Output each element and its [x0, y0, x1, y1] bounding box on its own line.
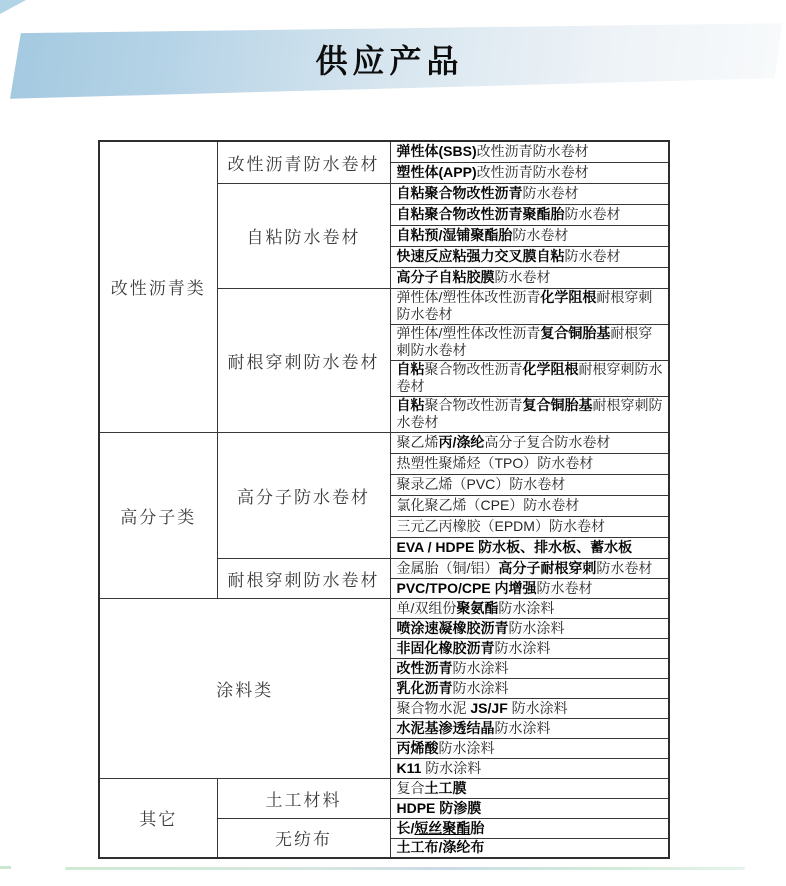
product-cell: 水泥基渗透结晶防水涂料	[390, 718, 669, 738]
product-cell: 长/短丝聚酯胎	[390, 818, 669, 838]
product-cell: 聚乙烯丙/涤纶高分子复合防水卷材	[390, 432, 669, 453]
product-cell: 氯化聚乙烯（CPE）防水卷材	[390, 495, 669, 516]
group-cell-root-puncture-membrane: 耐根穿刺防水卷材	[217, 288, 390, 432]
page: { "banner": { "title": "供应产品", "gradient…	[0, 0, 786, 886]
corner-wedge-decoration	[0, 0, 26, 14]
product-cell: 自粘聚合物改性沥青防水卷材	[390, 183, 669, 204]
group-cell-modified-asphalt-membrane: 改性沥青防水卷材	[217, 141, 390, 183]
group-cell-geomaterials: 土工材料	[217, 778, 390, 818]
product-cell: 弹性体(SBS)改性沥青防水卷材	[390, 141, 669, 162]
group-cell-polymer-root-puncture: 耐根穿刺防水卷材	[217, 558, 390, 598]
products-table: 改性沥青类 改性沥青防水卷材 弹性体(SBS)改性沥青防水卷材 塑性体(APP)…	[98, 140, 670, 859]
product-cell: 金属胎（铜/铝）高分子耐根穿刺防水卷材	[390, 558, 669, 578]
product-cell: 聚合物水泥 JS/JF 防水涂料	[390, 698, 669, 718]
product-cell: 高分子自粘胶膜防水卷材	[390, 267, 669, 288]
product-cell: 土工布/涤纶布	[390, 838, 669, 858]
footer-divider-stub	[0, 866, 11, 869]
title-banner: 供应产品	[10, 20, 783, 102]
product-cell: 自粘聚合物改性沥青复合铜胎基耐根穿刺防水卷材	[390, 396, 669, 432]
product-cell: EVA / HDPE 防水板、排水板、蓄水板	[390, 537, 669, 558]
product-cell: 自粘聚合物改性沥青化学阻根耐根穿刺防水卷材	[390, 360, 669, 396]
group-cell-nonwoven: 无纺布	[217, 818, 390, 858]
product-cell: 塑性体(APP)改性沥青防水卷材	[390, 162, 669, 183]
group-cell-polymer-membrane: 高分子防水卷材	[217, 432, 390, 558]
product-cell: 三元乙丙橡胶（EPDM）防水卷材	[390, 516, 669, 537]
page-title: 供应产品	[315, 36, 477, 86]
product-cell: 弹性体/塑性体改性沥青复合铜胎基耐根穿刺防水卷材	[390, 324, 669, 360]
product-cell: K11 防水涂料	[390, 758, 669, 778]
product-cell: PVC/TPO/CPE 内增强防水卷材	[390, 578, 669, 598]
category-cell-others: 其它	[99, 778, 217, 858]
category-cell-coatings: 涂料类	[99, 598, 390, 778]
product-cell: 单/双组份聚氨酯防水涂料	[390, 598, 669, 618]
product-cell: 非固化橡胶沥青防水涂料	[390, 638, 669, 658]
product-cell: HDPE 防渗膜	[390, 798, 669, 818]
footer-divider	[65, 867, 745, 870]
product-cell: 弹性体/塑性体改性沥青化学阻根耐根穿刺防水卷材	[390, 288, 669, 324]
product-cell: 自粘预/湿铺聚酯胎防水卷材	[390, 225, 669, 246]
product-cell: 喷涂速凝橡胶沥青防水涂料	[390, 618, 669, 638]
product-cell: 改性沥青防水涂料	[390, 658, 669, 678]
product-cell: 复合土工膜	[390, 778, 669, 798]
group-cell-self-adhesive-membrane: 自粘防水卷材	[217, 183, 390, 288]
category-cell-modified-asphalt: 改性沥青类	[99, 141, 217, 432]
category-cell-polymer: 高分子类	[99, 432, 217, 598]
product-cell: 自粘聚合物改性沥青聚酯胎防水卷材	[390, 204, 669, 225]
product-cell: 乳化沥青防水涂料	[390, 678, 669, 698]
product-cell: 快速反应粘强力交叉膜自粘防水卷材	[390, 246, 669, 267]
product-cell: 热塑性聚烯烃（TPO）防水卷材	[390, 453, 669, 474]
product-cell: 丙烯酸防水涂料	[390, 738, 669, 758]
product-cell: 聚录乙烯（PVC）防水卷材	[390, 474, 669, 495]
